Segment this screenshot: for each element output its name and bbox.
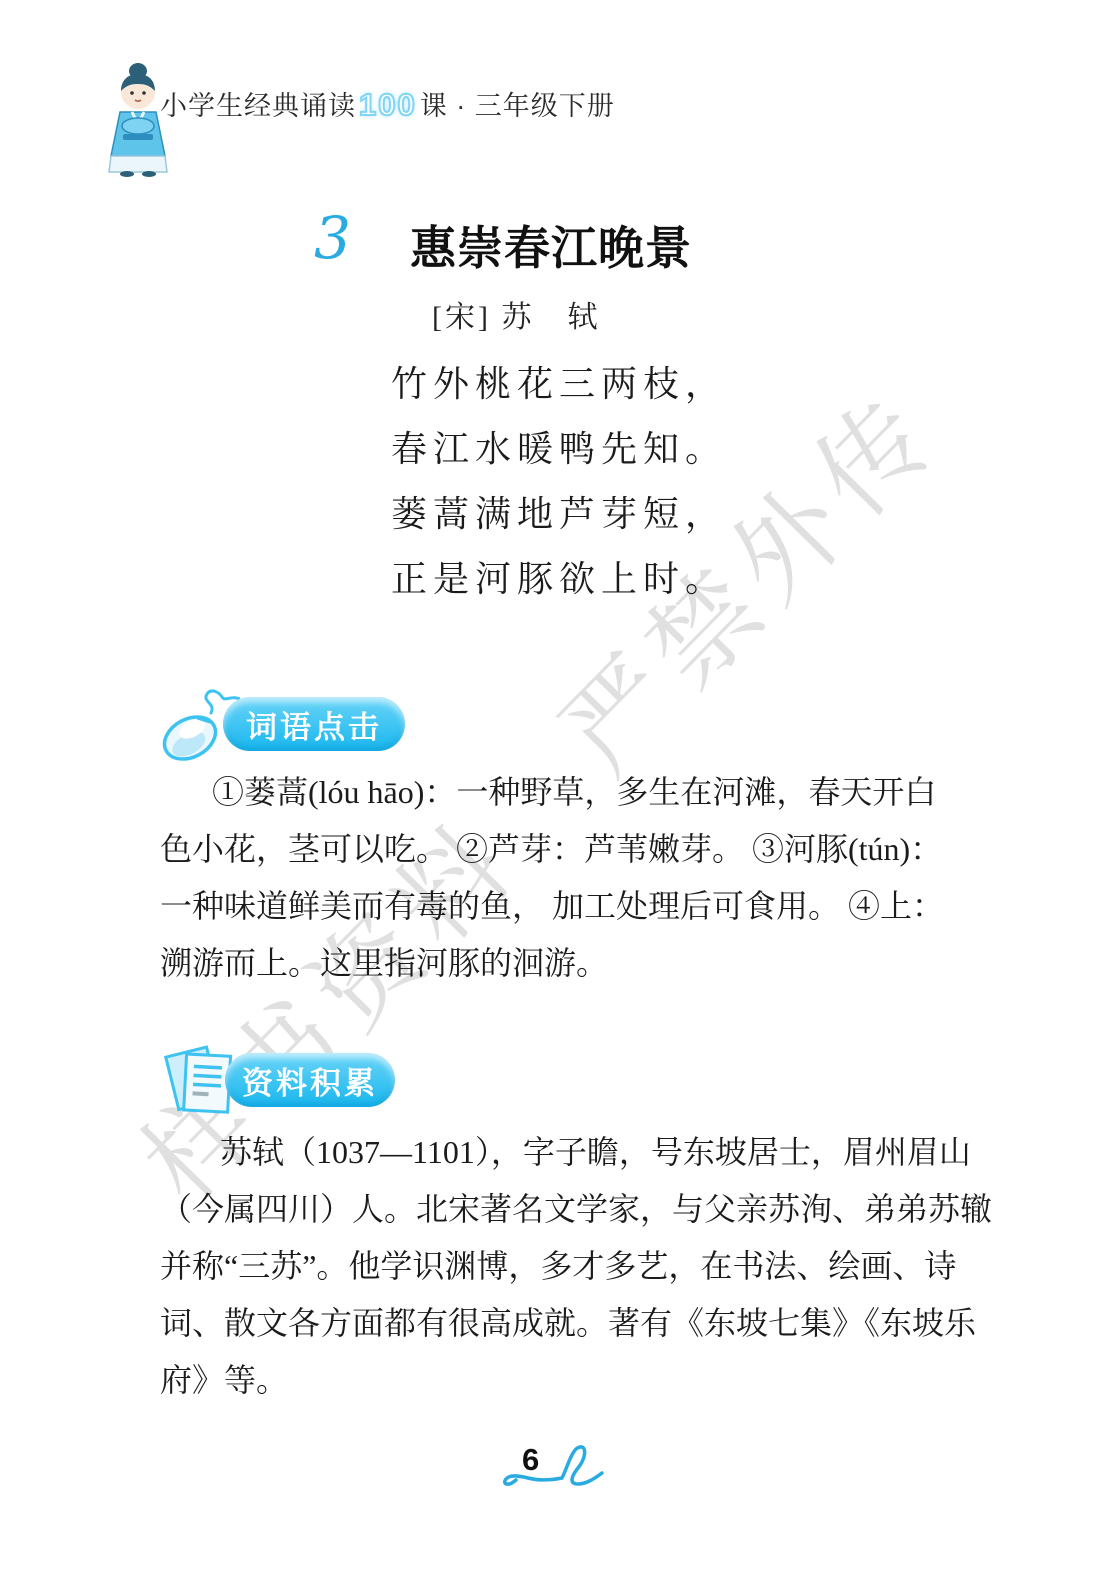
- series-title: 小学生经典诵读100课 · 三年级下册: [160, 84, 615, 123]
- poem-line: 正是河豚欲上时。: [391, 547, 727, 612]
- poem-author-byline: [宋] 苏 轼: [432, 292, 600, 336]
- glossary-badge: 词语点击: [223, 697, 405, 751]
- biography-line: 并称“三苏”。他学识渊博，多才多艺，在书法、绘画、诗: [160, 1238, 1020, 1295]
- poem-line: 蒌蒿满地芦芽短，: [391, 482, 727, 547]
- biography-line: 苏轼（1037—1101），字子瞻，号东坡居士，眉州眉山: [160, 1124, 1020, 1181]
- lesson-title: 惠崇春江晚景: [410, 212, 692, 278]
- series-title-separator: ·: [456, 91, 466, 121]
- biography-line: 词、散文各方面都有很高成就。著有《东坡七集》《东坡乐: [160, 1295, 1020, 1352]
- glossary-text: ①蒌蒿(lóu hāo)：一种野草，多生在河滩，春天开白 色小花，茎可以吃。 ②…: [160, 764, 1020, 992]
- poem-line: 竹外桃花三两枝，: [391, 352, 727, 417]
- poem-body: 竹外桃花三两枝， 春江水暖鸭先知。 蒌蒿满地芦芽短， 正是河豚欲上时。: [391, 352, 727, 612]
- biography-badge: 资料积累: [225, 1053, 395, 1107]
- book-page: 样书资料 严禁外传 小学生经典诵读100课 · 三年: [0, 0, 1110, 1571]
- biography-text: 苏轼（1037—1101），字子瞻，号东坡居士，眉州眉山 （今属四川）人。北宋著…: [160, 1124, 1020, 1409]
- glossary-line: ①蒌蒿(lóu hāo)：一种野草，多生在河滩，春天开白: [160, 764, 1020, 821]
- series-title-volume: 三年级下册: [475, 91, 615, 121]
- glossary-line: 溯游而上。这里指河豚的洄游。: [160, 935, 1020, 992]
- glossary-line: 色小花，茎可以吃。 ②芦芽：芦苇嫩芽。 ③河豚(tún)：: [160, 821, 1020, 878]
- page-number: 6: [522, 1442, 539, 1478]
- biography-line: （今属四川）人。北宋著名文学家，与父亲苏洵、弟弟苏辙: [160, 1181, 1020, 1238]
- series-title-suffix: 课: [420, 91, 448, 121]
- poem-line: 春江水暖鸭先知。: [391, 417, 727, 482]
- lesson-number: 3: [314, 204, 351, 272]
- biography-line: 府》等。: [160, 1352, 1020, 1409]
- series-title-number: 100: [356, 87, 420, 122]
- glossary-line: 一种味道鲜美而有毒的鱼， 加工处理后可食用。 ④上：: [160, 878, 1020, 935]
- series-title-prefix: 小学生经典诵读: [160, 91, 356, 121]
- page-number-flourish-icon: [498, 1440, 618, 1497]
